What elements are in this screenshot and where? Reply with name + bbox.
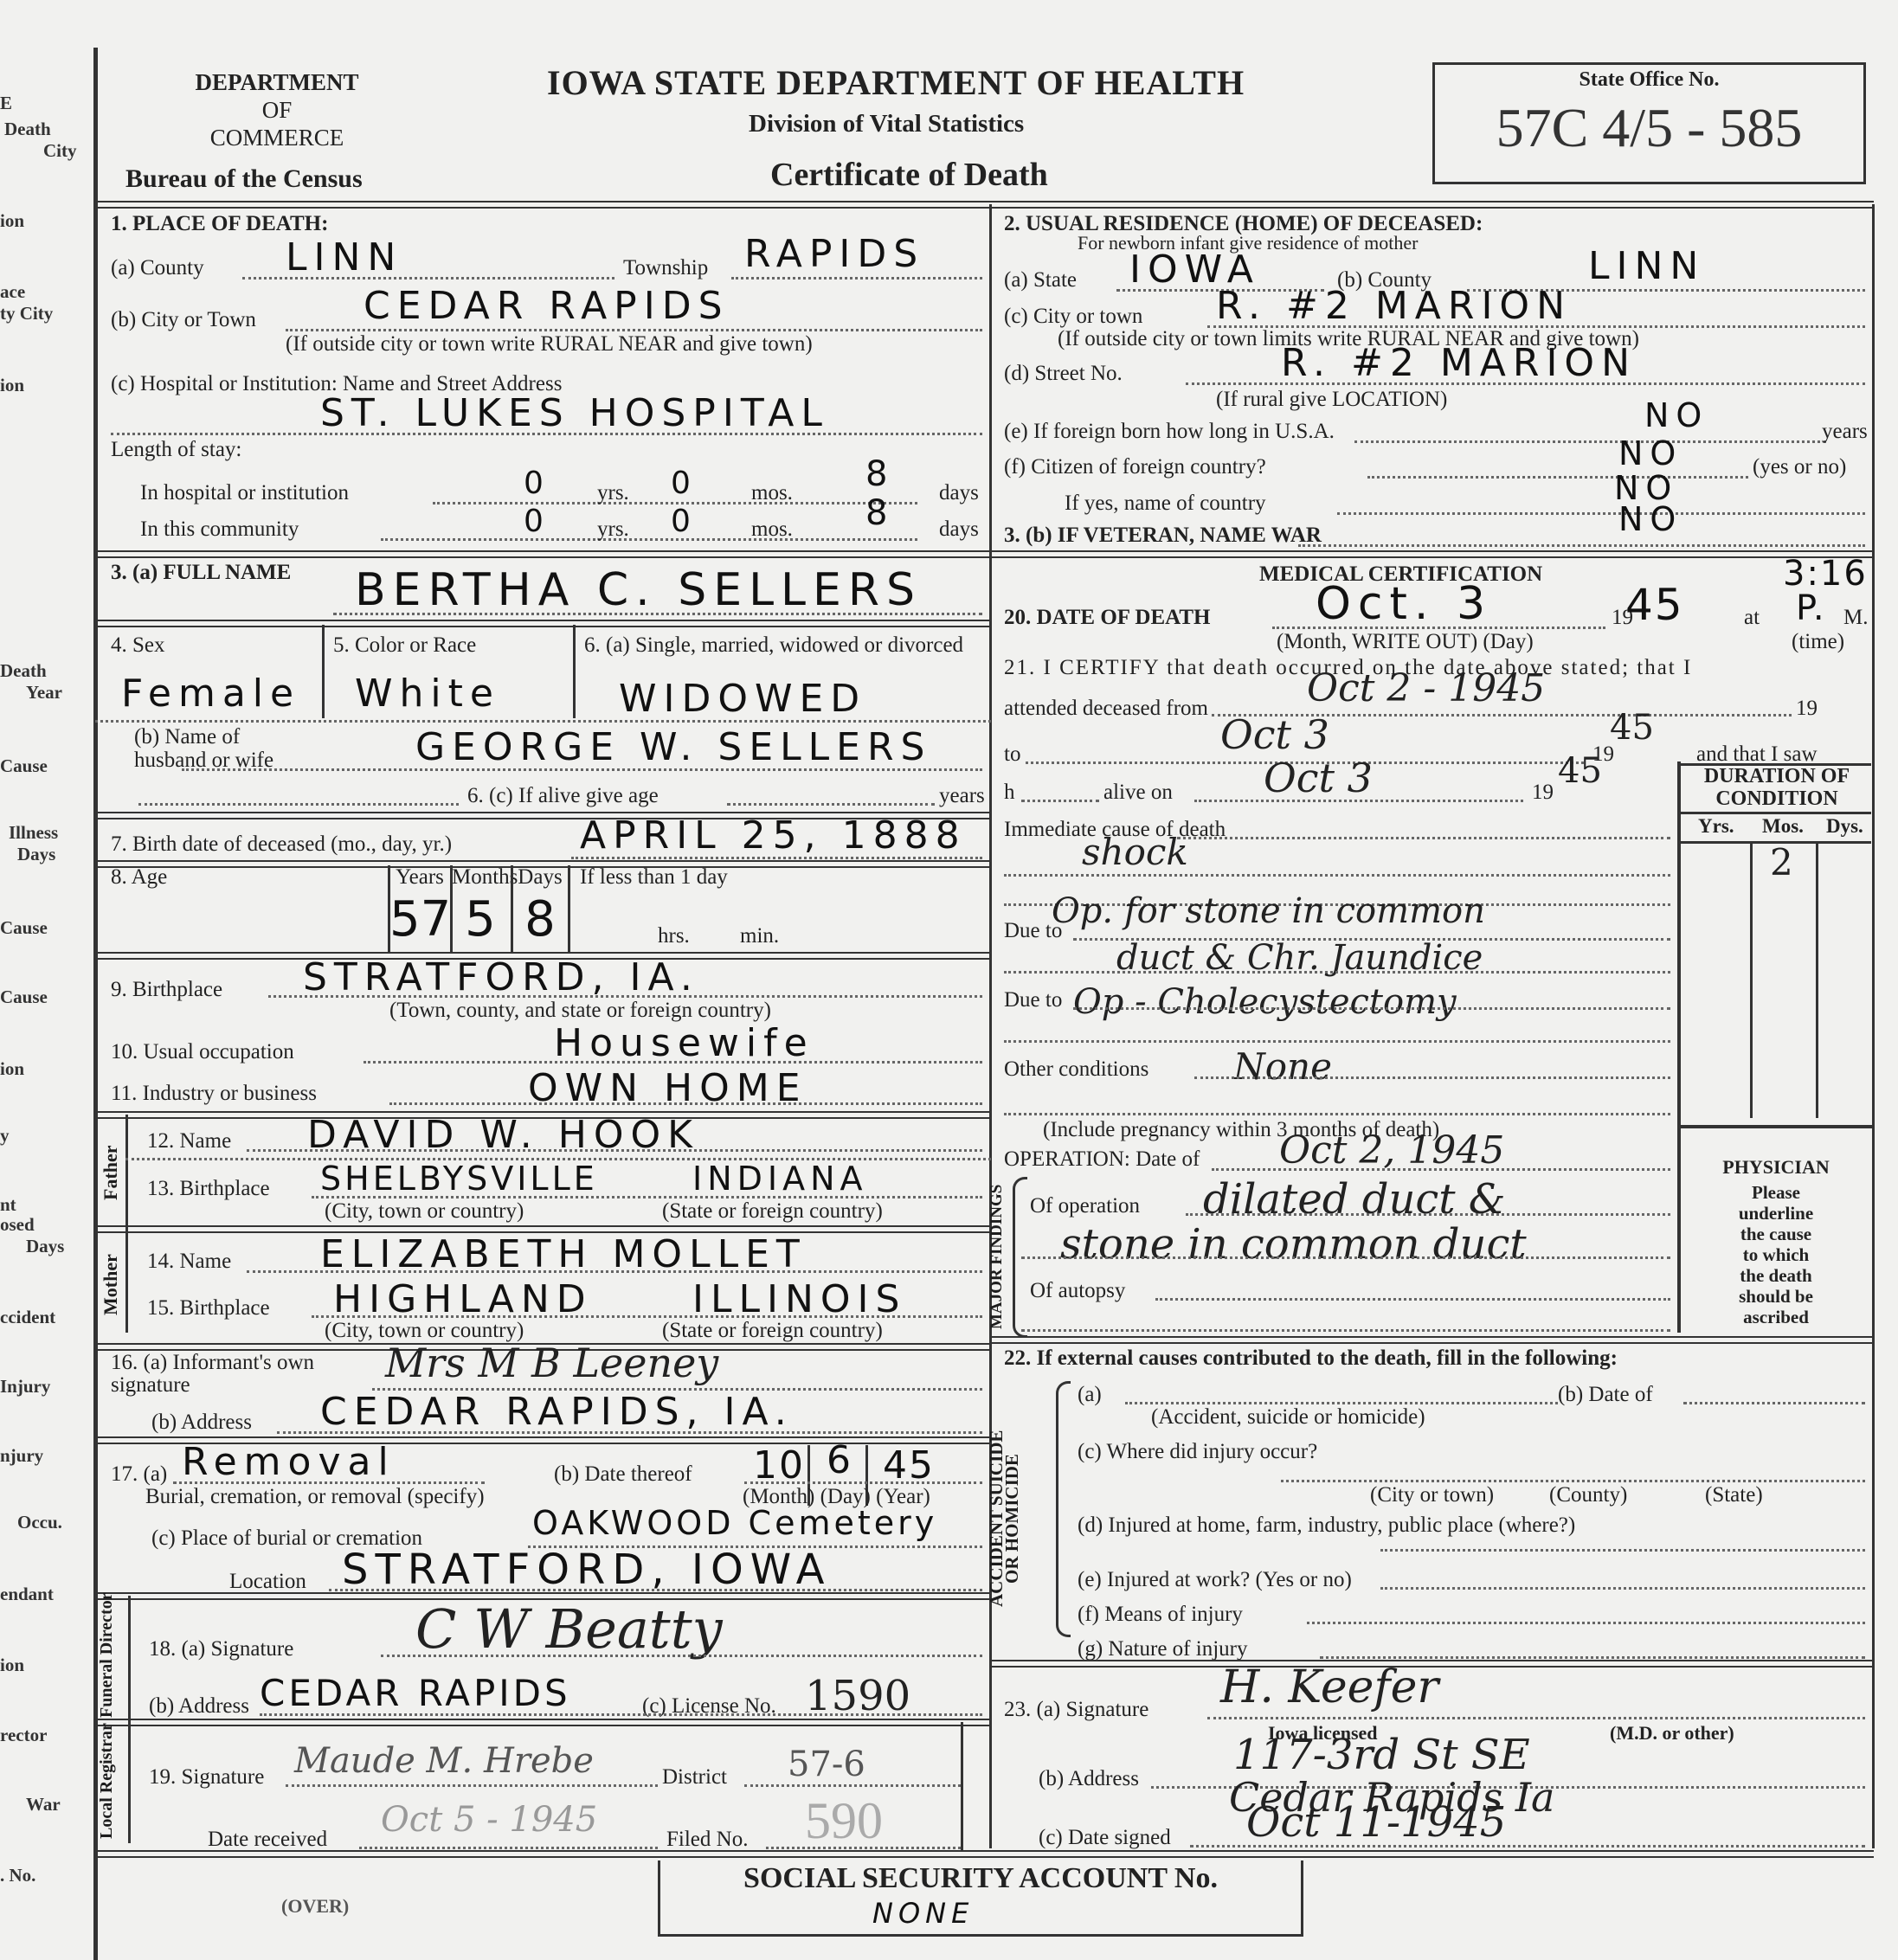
funeral-director-side-label: Funeral Director (100, 1605, 129, 1718)
immediate-cause-line (1177, 837, 1670, 839)
immediate-cause-value[interactable]: shock (1082, 831, 1188, 873)
registrar-signature-label: 19. Signature (149, 1765, 264, 1790)
street-value[interactable]: R. #2 MARION (1281, 341, 1637, 385)
external-b-label: (b) Date of (1558, 1383, 1653, 1407)
spouse-value[interactable]: GEORGE W. SELLERS (415, 725, 931, 769)
external-a-label: (a) (1078, 1383, 1102, 1407)
birthplace-label: 9. Birthplace (111, 978, 222, 1002)
date-signed-line (1190, 1845, 1865, 1848)
stay-label: Length of stay: (111, 438, 241, 462)
section-rule (95, 550, 1874, 558)
to-label: to (1004, 742, 1020, 767)
informant-address-line (277, 1431, 982, 1434)
margin-label: Days (26, 1236, 64, 1257)
father-birth-state[interactable]: INDIANA (692, 1160, 868, 1198)
physician-note-line: should be (1681, 1286, 1871, 1308)
state-label: (a) State (1004, 268, 1077, 292)
attended-to-value[interactable]: Oct 3 (1220, 711, 1329, 758)
foreign-line (1354, 440, 1826, 443)
attended-to-year[interactable]: 45 (1610, 708, 1654, 748)
duration-mos-value[interactable]: 2 (1770, 841, 1793, 884)
full-name-label: 3. (a) FULL NAME (111, 561, 291, 585)
res-county-value[interactable]: LINN (1588, 244, 1705, 288)
birth-label: 7. Birth date of deceased (mo., day, yr.… (111, 832, 452, 857)
margin-label: Death (0, 660, 47, 682)
mother-name-label: 14. Name (147, 1250, 231, 1274)
community-days-value[interactable]: 8 (865, 493, 894, 533)
fd-address-line (260, 1713, 982, 1716)
alive-prefix: h (1004, 781, 1015, 805)
age-days-value[interactable]: 8 (512, 891, 568, 948)
of-operation-label: Of operation (1030, 1194, 1140, 1218)
physician-signature-label: 23. (a) Signature (1004, 1698, 1148, 1722)
cause-line (1194, 1076, 1670, 1079)
in-hospital-label: In hospital or institution (140, 481, 349, 505)
external-f-label: (f) Means of injury (1078, 1603, 1243, 1627)
external-brace (1056, 1381, 1071, 1637)
mother-side-label: Mother (100, 1237, 124, 1333)
divider (128, 1722, 131, 1843)
sex-value[interactable]: Female (121, 672, 300, 716)
date-signed-label: (c) Date signed (1039, 1826, 1171, 1850)
alive-label: alive on (1103, 781, 1173, 805)
filed-no-line (766, 1847, 961, 1849)
header-rule (95, 201, 1874, 209)
right-border (1872, 204, 1875, 1848)
dept-line-2: OF (164, 97, 389, 124)
in-community-line (381, 538, 917, 541)
physician-note-line: ascribed (1681, 1307, 1871, 1328)
disposition-date-line (744, 1481, 982, 1484)
cause-line (1004, 874, 1670, 877)
external-a-line (1125, 1402, 1558, 1404)
citizen-label: (f) Citizen of foreign country? (1004, 455, 1266, 479)
county-label: (a) County (111, 256, 204, 280)
spouse-age-label: 6. (c) If alive give age (467, 784, 659, 808)
res-city-value[interactable]: R. #2 MARION (1216, 284, 1572, 328)
date-signed-value[interactable]: Oct 11-1945 (1246, 1798, 1506, 1847)
mother-birth-line (312, 1315, 982, 1318)
occupation-line (364, 1061, 982, 1064)
divider (1750, 841, 1753, 1118)
margin-label: y (0, 1125, 10, 1147)
physician-address-line-1[interactable]: 117-3rd St SE (1233, 1731, 1530, 1779)
father-name-label: 12. Name (147, 1129, 231, 1154)
state-note: (State or foreign country) (662, 1199, 883, 1224)
divider (322, 625, 325, 718)
state-office-box: State Office No. 57C 4/5 - 585 (1432, 62, 1866, 184)
physician-note-line: the death (1681, 1265, 1871, 1287)
informant-signature[interactable]: Mrs M B Leeney (385, 1340, 718, 1386)
rule (1679, 812, 1871, 814)
date-received-label: Date received (208, 1828, 327, 1852)
informant-address-value[interactable]: CEDAR RAPIDS, IA. (320, 1390, 794, 1434)
margin-label: E (0, 93, 12, 114)
father-birth-line (312, 1196, 982, 1198)
hospital-days-value[interactable]: 8 (865, 454, 894, 494)
bottom-rule (95, 1850, 1874, 1858)
physician-signature-line (1207, 1717, 1865, 1719)
margin-label: rector (0, 1725, 47, 1746)
mother-birth-label: 15. Birthplace (147, 1296, 270, 1321)
findings-line (1186, 1213, 1670, 1216)
father-side-label: Father (100, 1125, 124, 1220)
of-autopsy-label: Of autopsy (1030, 1279, 1125, 1303)
marital-value[interactable]: WIDOWED (619, 677, 866, 721)
industry-line (389, 1102, 982, 1105)
margin-label: ace (0, 281, 25, 303)
dept-line-1: DEPARTMENT (164, 69, 389, 96)
social-security-box: SOCIAL SECURITY ACCOUNT No. NONE (658, 1860, 1303, 1937)
rule (95, 720, 991, 723)
district-value[interactable]: 57-6 (788, 1745, 865, 1784)
citizen-value[interactable]: NO (1618, 434, 1682, 472)
external-c-label: (c) Where did injury occur? (1078, 1440, 1317, 1464)
external-d-label: (d) Injured at home, farm, industry, pub… (1078, 1514, 1597, 1537)
death-date-note: (Month, WRITE OUT) (Day) (1277, 630, 1534, 654)
duration-yrs-label: Yrs. (1698, 815, 1734, 838)
external-e-label: (e) Injured at work? (Yes or no) (1078, 1568, 1352, 1592)
other-conditions-value[interactable]: None (1233, 1045, 1332, 1088)
margin-label: ion (0, 375, 24, 396)
margin-label: City (43, 140, 77, 162)
social-security-label: SOCIAL SECURITY ACCOUNT No. (660, 1862, 1301, 1895)
district-line (744, 1784, 961, 1787)
spouse-line (182, 768, 982, 771)
race-value[interactable]: White (355, 672, 500, 716)
city-label: (b) City or Town (111, 308, 256, 332)
hospital-value[interactable]: ST. LUKES HOSPITAL (320, 391, 829, 435)
due-to-1a-value[interactable]: Op. for stone in common (1052, 891, 1485, 931)
operation-date-value[interactable]: Oct 2, 1945 (1279, 1128, 1504, 1173)
foreign-value[interactable]: NO (1644, 396, 1708, 434)
father-birth-label: 13. Birthplace (147, 1177, 270, 1201)
birthplace-value[interactable]: STRATFORD, IA. (303, 955, 699, 999)
divider (125, 1229, 128, 1333)
rule (1677, 1125, 1872, 1128)
city-value[interactable]: CEDAR RAPIDS (364, 284, 730, 328)
fd-address-value[interactable]: CEDAR RAPIDS (260, 1672, 571, 1714)
margin-label: ty City (0, 303, 53, 325)
external-g-label: (g) Nature of injury (1078, 1637, 1247, 1661)
yrs-label: yrs. (597, 481, 629, 505)
township-label: Township (623, 256, 708, 280)
foreign-unit: years (1822, 420, 1868, 444)
external-heading: 22. If external causes contributed to th… (1004, 1346, 1618, 1371)
full-name-line (333, 613, 982, 615)
occupation-label: 10. Usual occupation (111, 1040, 294, 1064)
external-a-note: (Accident, suicide or homicide) (1151, 1405, 1425, 1430)
margin-label: Cause (0, 917, 48, 939)
hospital-mos-value[interactable]: 0 (671, 466, 698, 501)
findings-2-value[interactable]: stone in common duct (1060, 1220, 1527, 1269)
veteran-value[interactable]: NO (1618, 500, 1682, 538)
citizen-line (1367, 476, 1748, 479)
findings-line (1021, 1329, 1670, 1332)
duration-border (1677, 762, 1681, 1125)
spouse-age-line (138, 803, 459, 806)
attended-from-value[interactable]: Oct 2 - 1945 (1307, 666, 1545, 710)
margin-label: Year (26, 682, 62, 704)
margin-label: Injury (0, 1376, 50, 1398)
year-prefix: 19 (1532, 781, 1554, 805)
district-label: District (662, 1765, 727, 1790)
township-value[interactable]: RAPIDS (744, 232, 924, 276)
spouse-age-value-line (727, 803, 935, 806)
margin-label: ccident (0, 1307, 55, 1328)
age-years-label: Years (389, 865, 450, 890)
operation-date-line (1212, 1168, 1670, 1171)
alive-prefix-line (1021, 800, 1099, 802)
mos-label: mos. (751, 517, 793, 542)
in-community-label: In this community (140, 517, 299, 542)
margin-label: ion (0, 1058, 24, 1080)
state-office-number: 57C 4/5 - 585 (1435, 96, 1863, 160)
hospital-yrs-value[interactable]: 0 (524, 466, 550, 501)
date-received-value[interactable]: Oct 5 - 1945 (381, 1800, 597, 1840)
section-heading: 1. PLACE OF DEATH: (111, 212, 328, 236)
community-yrs-value[interactable]: 0 (524, 504, 550, 539)
divider (128, 1596, 131, 1725)
duration-mos-label: Mos. (1762, 815, 1804, 838)
margin-label: Illness (9, 822, 58, 844)
days-label: days (939, 517, 979, 542)
informant-address-label: (b) Address (151, 1411, 252, 1435)
social-security-value[interactable]: NONE (872, 1897, 974, 1930)
township-line (731, 277, 982, 280)
city-line (286, 329, 982, 331)
over-label: (OVER) (281, 1895, 349, 1918)
divider (568, 865, 570, 952)
date-received-line (359, 1847, 658, 1849)
operation-date-label: OPERATION: Date of (1004, 1147, 1200, 1172)
margin-label: Cause (0, 755, 48, 777)
margin-label: Days (17, 844, 55, 865)
city-note: (City, town or country) (325, 1199, 524, 1224)
external-c-note-county: (County) (1549, 1483, 1627, 1507)
physician-signature[interactable]: H. Keefer (1220, 1661, 1438, 1713)
hrs-label: hrs. (658, 924, 690, 948)
external-f-line (1307, 1622, 1865, 1624)
father-name-line (247, 1149, 982, 1152)
age-label: 8. Age (111, 865, 167, 890)
external-e-line (1380, 1587, 1865, 1590)
margin-label: osed (0, 1214, 35, 1236)
mother-name-line (247, 1270, 982, 1273)
days-label: days (939, 481, 979, 505)
burial-place-value[interactable]: OAKWOOD Cemetery (532, 1504, 937, 1542)
city-note: (If outside city or town write RURAL NEA… (286, 332, 813, 357)
registrar-signature-line (286, 1784, 658, 1787)
physician-note-line: to which (1681, 1244, 1871, 1266)
rule (991, 1336, 1874, 1344)
margin-label: nt (0, 1194, 16, 1216)
divider (961, 1722, 963, 1850)
veteran-line (1298, 544, 1865, 547)
fd-signature[interactable]: C W Beatty (415, 1597, 723, 1661)
dept-line-3: COMMERCE (164, 125, 389, 151)
other-conditions-label: Other conditions (1004, 1057, 1148, 1082)
registrar-side-label: Local Registrar (100, 1731, 129, 1839)
birthplace-note: (Town, county, and state or foreign coun… (389, 999, 771, 1023)
physician-note-line: the cause (1681, 1224, 1871, 1245)
external-c-note-state: (State) (1705, 1483, 1763, 1507)
due-to-2-value[interactable]: Op - Cholecystectomy (1073, 982, 1457, 1022)
age-months-value[interactable]: 5 (452, 891, 509, 948)
hospital-line (111, 433, 982, 435)
filed-no-value[interactable]: 590 (805, 1791, 883, 1851)
min-label: min. (740, 924, 779, 948)
disposition-type-value[interactable]: Removal (182, 1440, 396, 1484)
physician-note-line: underline (1681, 1203, 1871, 1224)
spouse-age-unit: years (939, 784, 985, 808)
margin-label: Occu. (17, 1512, 62, 1533)
birthplace-line (268, 995, 982, 998)
md-label: (M.D. or other) (1610, 1722, 1734, 1745)
cause-line (1004, 1040, 1670, 1043)
disposition-type-line (173, 1481, 485, 1484)
division-label: Division of Vital Statistics (749, 110, 1024, 138)
yrs-label: yrs. (597, 517, 629, 542)
divider (573, 625, 576, 718)
full-name-value[interactable]: BERTHA C. SELLERS (355, 564, 922, 616)
birth-line (571, 857, 982, 859)
margin-label: Cause (0, 986, 48, 1008)
disposition-date-label: (b) Date thereof (554, 1462, 692, 1487)
age-days-label: Days (512, 865, 568, 890)
fd-address-label: (b) Address (149, 1694, 249, 1719)
industry-label: 11. Industry or business (111, 1082, 317, 1106)
at-label: at (1744, 606, 1760, 630)
accident-side-label: ACCIDENT SUICIDE OR HOMICIDE (988, 1419, 1033, 1618)
birth-value[interactable]: APRIL 25, 1888 (580, 813, 967, 858)
burial-location-value[interactable]: STRATFORD, IOWA (342, 1546, 831, 1594)
registrar-signature[interactable]: Maude M. Hrebe (294, 1741, 594, 1781)
burial-location-line (329, 1589, 982, 1591)
death-date-label: 20. DATE OF DEATH (1004, 606, 1210, 630)
margin-label: War (26, 1794, 61, 1815)
veteran-label: 3. (b) IF VETERAN, NAME WAR (1004, 524, 1322, 548)
death-year-value[interactable]: 45 (1625, 580, 1684, 630)
duration-heading: DURATION OF CONDITION (1681, 765, 1873, 810)
rule (95, 1719, 991, 1726)
attended-label: attended deceased from (1004, 697, 1208, 721)
country-line (1337, 512, 1865, 515)
spouse-label: (b) Name of husband or wife (134, 725, 307, 772)
margin-label: Death (4, 119, 51, 140)
fd-signature-label: 18. (a) Signature (149, 1637, 293, 1661)
street-label: (d) Street No. (1004, 362, 1123, 386)
rule (95, 620, 991, 627)
country-label: If yes, name of country (1065, 492, 1266, 516)
duration-dys-label: Dys. (1826, 815, 1863, 838)
res-city-label: (c) City or town (1004, 305, 1142, 329)
autopsy-line (1155, 1298, 1670, 1301)
mos-label: mos. (751, 481, 793, 505)
age-years-value[interactable]: 57 (389, 891, 450, 948)
alive-on-line (1194, 800, 1523, 802)
external-c-note-city: (City or town) (1370, 1483, 1494, 1507)
occupation-value[interactable]: Housewife (554, 1021, 814, 1065)
citizen-note: (yes or no) (1753, 455, 1846, 479)
disposition-type-note: Burial, cremation, or removal (specify) (145, 1485, 485, 1509)
due-to-label-2: Due to (1004, 988, 1062, 1012)
margin-label: njury (0, 1445, 43, 1467)
external-c-line (1281, 1480, 1865, 1482)
age-months-label: Months (452, 865, 509, 890)
street-note: (If rural give LOCATION) (1216, 388, 1447, 412)
year-prefix: 19 (1796, 697, 1818, 721)
physician-note-line: PHYSICIAN (1681, 1156, 1871, 1179)
findings-1-value[interactable]: dilated duct & (1203, 1175, 1506, 1224)
county-value[interactable]: LINN (286, 235, 402, 280)
margin-label: . No. (0, 1865, 35, 1886)
community-mos-value[interactable]: 0 (671, 504, 698, 539)
foreign-label: (e) If foreign born how long in U.S.A. (1004, 420, 1335, 444)
state-office-label: State Office No. (1435, 68, 1863, 92)
findings-line (1021, 1256, 1670, 1259)
cause-line (1004, 971, 1670, 974)
page-title: IOWA STATE DEPARTMENT OF HEALTH (547, 62, 1245, 103)
margin-label: ion (0, 210, 24, 232)
death-ampm-value[interactable]: P. (1796, 588, 1826, 628)
margin-label: ion (0, 1655, 24, 1676)
father-birth-city[interactable]: SHELBYSVILLE (320, 1160, 598, 1198)
external-g-line (1320, 1656, 1865, 1659)
m-label: M. (1843, 606, 1868, 630)
time-note: (time) (1792, 630, 1844, 654)
margin-label: endant (0, 1584, 54, 1605)
external-d-line (1380, 1549, 1865, 1552)
age-less-label: If less than 1 day (580, 865, 728, 890)
disposition-day[interactable]: 6 (827, 1438, 858, 1482)
cause-line (1004, 1113, 1670, 1115)
sex-label: 4. Sex (111, 633, 165, 658)
divider (1816, 841, 1818, 1118)
alive-year[interactable]: 45 (1558, 751, 1602, 791)
marital-label: 6. (a) Single, married, widowed or divor… (584, 633, 963, 658)
death-date-line (1272, 627, 1605, 629)
alive-on-value[interactable]: Oct 3 (1264, 755, 1373, 801)
certificate-title: Certificate of Death (770, 156, 1048, 194)
death-date-value[interactable]: Oct. 3 (1316, 578, 1492, 630)
disposition-type-label: 17. (a) (111, 1462, 167, 1487)
burial-location-label: Location (229, 1570, 306, 1594)
fd-signature-line (381, 1655, 982, 1657)
filed-no-label: Filed No. (666, 1828, 748, 1852)
physician-address-label: (b) Address (1039, 1767, 1139, 1791)
bureau-label: Bureau of the Census (125, 164, 363, 194)
external-b-line (1683, 1402, 1865, 1404)
physician-note-line: Please (1681, 1182, 1871, 1204)
cause-line (1073, 1007, 1670, 1010)
race-label: 5. Color or Race (333, 633, 476, 658)
